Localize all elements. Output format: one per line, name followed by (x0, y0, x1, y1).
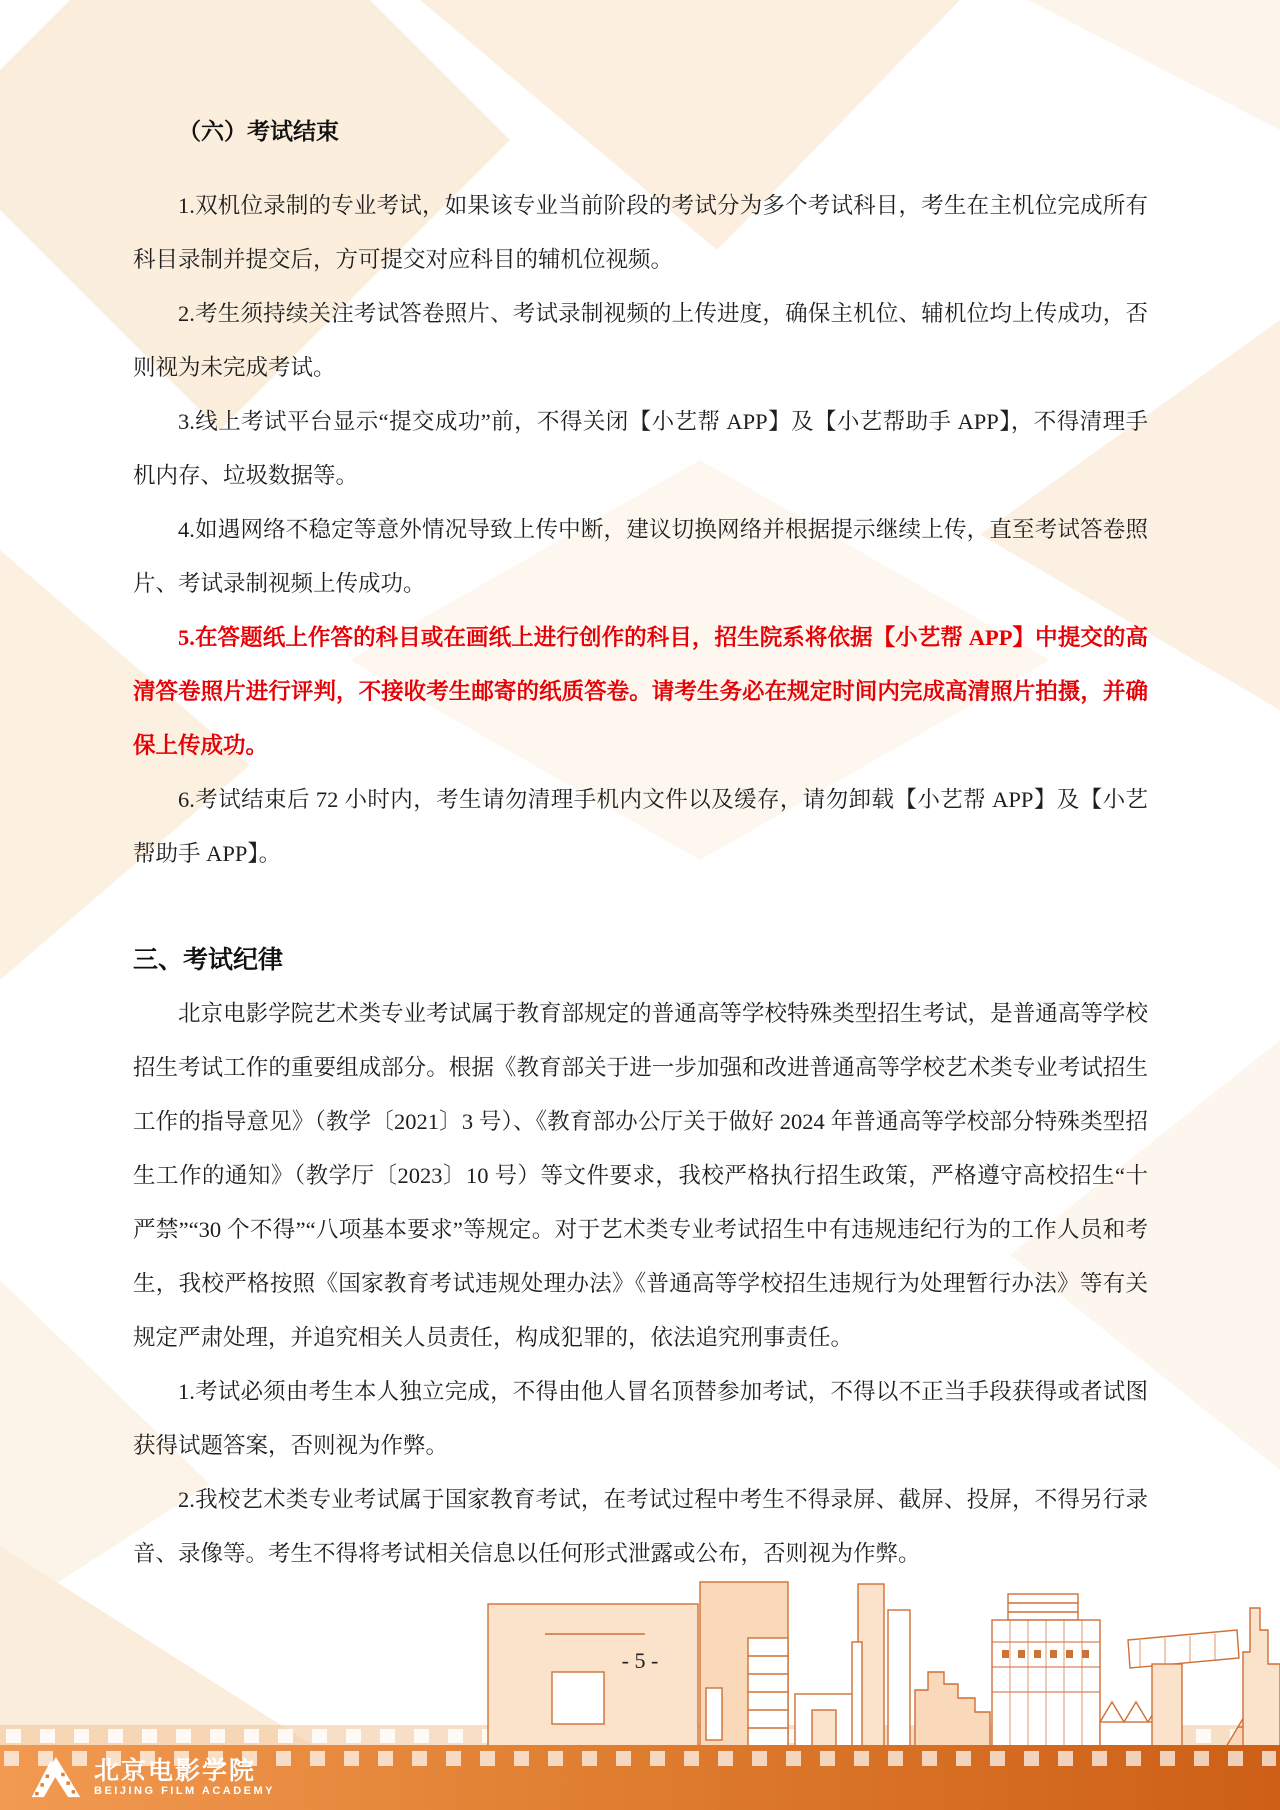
paragraph-exam-end-3: 3.线上考试平台显示“提交成功”前，不得关闭【小艺帮 APP】及【小艺帮助手 A… (133, 395, 1148, 503)
paragraph-discipline-1: 1.考试必须由考生本人独立完成，不得由他人冒名顶替参加考试，不得以不正当手段获得… (133, 1365, 1148, 1473)
section-heading-exam-end: （六）考试结束 (133, 104, 1148, 158)
section-heading-discipline: 三、考试纪律 (133, 933, 1148, 987)
paragraph-exam-end-5-warning: 5.在答题纸上作答的科目或在画纸上进行创作的科目，招生院系将依据【小艺帮 APP… (133, 611, 1148, 773)
paragraph-exam-end-2: 2.考生须持续关注考试答卷照片、考试录制视频的上传进度，确保主机位、辅机位均上传… (133, 287, 1148, 395)
bfa-logo: 北京电影学院 BEIJING FILM ACADEMY (30, 1755, 275, 1801)
document-page: （六）考试结束 1.双机位录制的专业考试，如果该专业当前阶段的考试分为多个考试科… (0, 0, 1280, 1810)
bfa-logo-en: BEIJING FILM ACADEMY (94, 1785, 275, 1798)
bfa-logo-cn: 北京电影学院 (94, 1758, 275, 1785)
footer-bar: 北京电影学院 BEIJING FILM ACADEMY (0, 1745, 1280, 1810)
paragraph-exam-end-6: 6.考试结束后 72 小时内，考生请勿清理手机内文件以及缓存，请勿卸载【小艺帮 … (133, 773, 1148, 881)
paragraph-discipline-2: 2.我校艺术类专业考试属于国家教育考试，在考试过程中考生不得录屏、截屏、投屏，不… (133, 1473, 1148, 1581)
document-body: （六）考试结束 1.双机位录制的专业考试，如果该专业当前阶段的考试分为多个考试科… (133, 104, 1148, 1581)
bfa-logo-text: 北京电影学院 BEIJING FILM ACADEMY (94, 1758, 275, 1798)
paragraph-exam-end-1: 1.双机位录制的专业考试，如果该专业当前阶段的考试分为多个考试科目，考生在主机位… (133, 179, 1148, 287)
paragraph-discipline-intro: 北京电影学院艺术类专业考试属于教育部规定的普通高等学校特殊类型招生考试，是普通高… (133, 987, 1148, 1365)
page-number: - 5 - (0, 1648, 1280, 1674)
paragraph-exam-end-4: 4.如遇网络不稳定等意外情况导致上传中断，建议切换网络并根据提示继续上传，直至考… (133, 503, 1148, 611)
film-clapper-icon (30, 1755, 82, 1801)
